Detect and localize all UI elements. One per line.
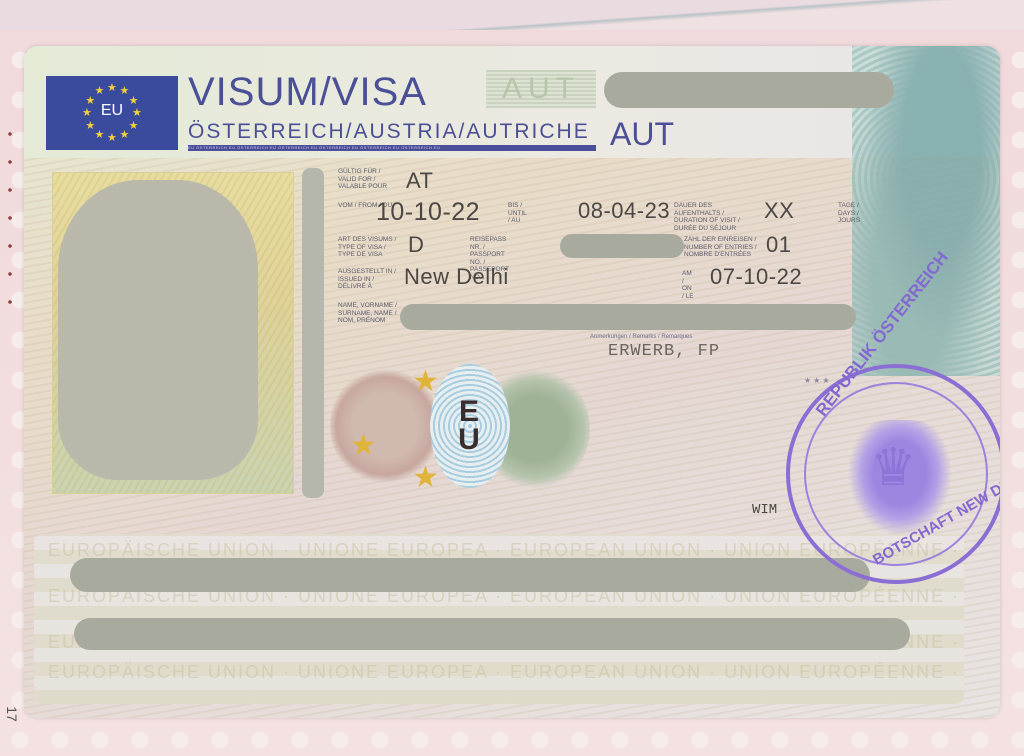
star-icon: ★ [412,364,439,399]
label-issue-date: Am / On / Le [682,270,694,300]
photo-redaction [58,180,258,480]
visa-sticker: ★★★★★★★★★★★★ EU VISUM/VISA ÖSTERREICH/AU… [24,46,1000,718]
label-until: Bis / Until / Au [508,202,528,225]
stars-decoration: ★★★ [804,376,832,385]
label-entries: Zahl der Einreisen / Number of entries /… [684,236,762,259]
eu-flag-label: EU [46,102,178,120]
mrz-line2-redaction [74,618,910,650]
star-icon: ★ [107,83,117,94]
value-valid-for: AT [406,168,433,194]
issuing-country: ÖSTERREICH/AUSTRIA/AUTRICHE [188,120,590,144]
star-icon: ★ [129,121,139,132]
page-perforations [6,120,14,320]
eagle-icon: ♛ [870,438,917,498]
label-name: Name, Vorname / Surname, Name / Nom, Pré… [338,302,400,325]
value-visa-type: D [408,232,424,258]
aut-hologram: AUT [486,70,596,108]
value-entries: 01 [766,232,791,258]
star-icon: ★ [350,428,377,463]
value-from: 10-10-22 [376,198,480,227]
value-duration: XX [764,198,794,224]
star-icon: ★ [107,133,117,144]
visa-number-redaction [604,72,894,108]
value-until: 08-04-23 [578,198,670,224]
name-redaction [400,304,856,330]
star-icon: ★ [85,121,95,132]
star-icon: ★ [120,130,130,141]
label-valid-for: Gültig für / Valid for / Valable pour [338,168,400,191]
label-days: Tage / Days / Jours [838,202,862,225]
visa-title: VISUM/VISA [188,70,427,115]
mrz-line1-redaction [70,558,870,592]
star-icon: ★ [95,86,105,97]
eu-security-seal: ★ ★ ★ EU [320,358,600,508]
star-icon: ★ [95,130,105,141]
embassy-stamp: ♛ REPUBLIK ÖSTERREICH BOTSCHAFT NEW DELH… [786,364,1000,584]
label-issued-in: Ausgestellt in / Issued in / Délivré à [338,268,400,291]
label-visa-type: Art des Visums / Type of visa / Type de … [338,236,400,259]
value-issued-in: New Delhi [404,264,509,290]
eu-flag-icon: ★★★★★★★★★★★★ EU [46,76,178,150]
label-duration: Dauer des Aufenthalts / Duration of visi… [674,202,754,232]
mrz-zone: EUROPÄISCHE UNION · UNIONE EUROPEA · EUR… [34,534,964,704]
page-number: 17 [4,706,20,722]
star-icon: ★ [412,460,439,495]
label-remarks: Anmerkungen / Remarks / Remarques [590,334,692,340]
page-fold [0,0,1024,30]
microprint-band: EU ÖSTERREICH EU ÖSTERREICH EU ÖSTERREIC… [188,145,596,151]
officer-initials: WIM [752,502,777,518]
country-code: AUT [610,116,674,153]
value-issue-date: 07-10-22 [710,264,802,290]
seal-eu-letters: EU [454,398,484,454]
passport-number-redaction [560,234,684,258]
value-remarks: ERWERB, FP [608,342,720,361]
